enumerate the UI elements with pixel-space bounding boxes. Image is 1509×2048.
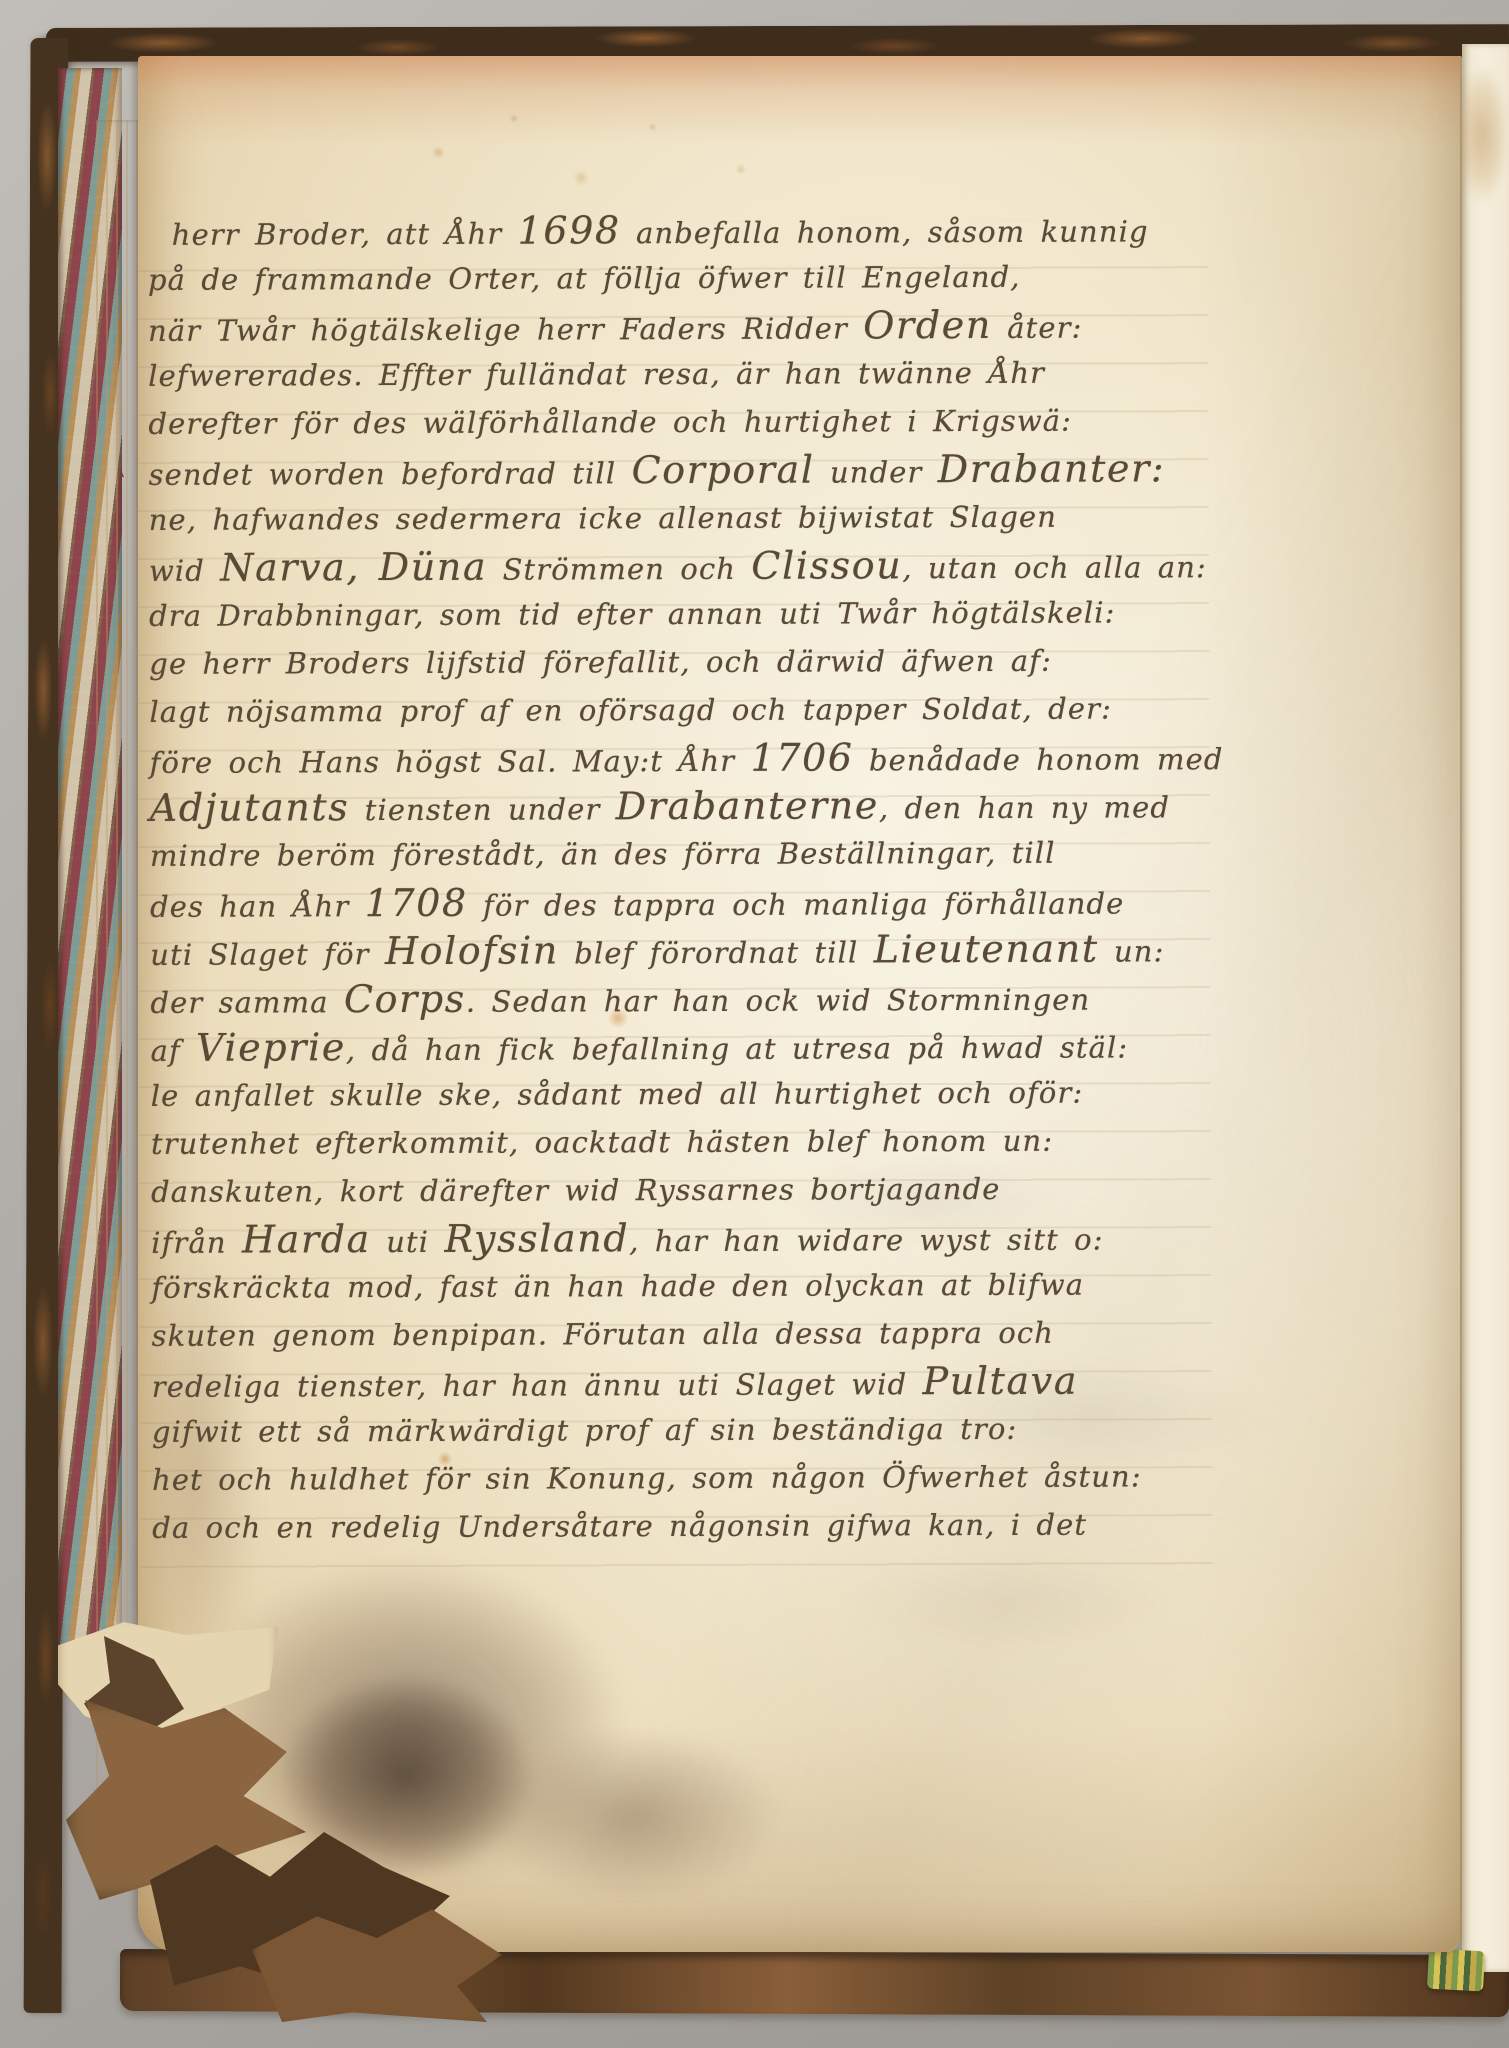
manuscript-line: uti Slaget för Holofsin blef förordnat t… [150,924,1210,976]
handwritten-text: derefter för des wälförhållande och hurt… [148,404,1072,441]
manuscript-line: derefter för des wälförhållande och hurt… [148,396,1208,448]
handwritten-text: åter: [992,311,1083,345]
handwritten-text: skuten genom benpipan. Förutan alla dess… [152,1316,1054,1353]
manuscript-line: het och huldhet för sin Konung, som någo… [152,1452,1212,1504]
handwritten-text: . Sedan har han ock wid Stormningen [466,983,1090,1019]
emphasized-word: Harda [242,1217,371,1261]
mold-stain [468,1722,798,1912]
manuscript-line: lagt nöjsamma prof af en oförsagd och ta… [149,684,1209,736]
handwritten-text: un: [1099,934,1165,968]
scanner-background: { "colors": { "scanner_background": "#ab… [0,0,1509,2048]
emphasized-word: Corporal [631,448,814,493]
emphasized-word: Drabanterne [616,783,879,828]
handwritten-text: trutenhet efterkommit, oacktadt hästen b… [151,1124,1053,1161]
handwritten-text: benådade honom med [854,742,1224,777]
handwritten-text: ifrån [151,1226,242,1260]
handwritten-text: för des tappra och manliga förhållande [468,886,1125,922]
emphasized-word: Pultava [923,1359,1079,1404]
manuscript-line: der samma Corps. Sedan har han ock wid S… [150,972,1210,1024]
manuscript-line: före och Hans högst Sal. May:t Åhr 1706 … [150,732,1210,784]
handwritten-text: lefwererades. Effter fulländat resa, är … [148,356,1045,393]
emphasized-word: Drabanter: [938,446,1166,491]
handwritten-text: , utan och alla an: [902,550,1207,585]
manuscript-line: mindre beröm förestådt, än des förra Bes… [150,828,1210,880]
handwritten-text: der samma [150,985,344,1020]
handwritten-text: lagt nöjsamma prof af en oförsagd och ta… [149,691,1112,728]
emphasized-word: Orden [863,303,992,347]
manuscript-line: wid Narva, Düna Strömmen och Clissou, ut… [149,540,1209,592]
manuscript-line: danskuten, kort därefter wid Ryssarnes b… [151,1164,1211,1216]
emphasized-word: Adjutants [150,785,350,830]
handwritten-text: på de frammande Orter, at föllja öfwer t… [148,260,1021,297]
handwritten-text: under [815,455,938,489]
next-page-edge [1462,44,1509,1972]
handwritten-text: des han Åhr [150,889,365,924]
handwritten-text: förskräckta mod, fast än han hade den ol… [151,1268,1084,1305]
emphasized-word: Corps [344,977,466,1021]
handwritten-text: anbefalla honom, såsom kunnig [621,214,1149,250]
emphasized-word: 1706 [750,735,853,779]
manuscript-line: sendet worden befordrad till Corporal un… [148,444,1208,496]
handwritten-text: da och en redelig Undersåtare någonsin g… [152,1508,1087,1545]
manuscript-line: lefwererades. Effter fulländat resa, är … [148,348,1208,400]
manuscript-line: dra Drabbningar, som tid efter annan uti… [149,588,1209,640]
handwritten-text: uti [371,1225,445,1259]
manuscript-line: trutenhet efterkommit, oacktadt hästen b… [151,1116,1211,1168]
emphasized-word: 1698 [518,208,621,252]
emphasized-word: Narva, Düna [220,545,487,590]
emphasized-word: Ryssland [444,1216,629,1261]
emphasized-word: Clissou [751,543,902,588]
handwritten-text: , då han fick befallning at utresa på hw… [346,1030,1128,1067]
manuscript-text-block: herr Broder, att Åhr 1698 anbefalla hono… [148,204,1213,1552]
manuscript-line: le anfallet skulle ske, sådant med all h… [151,1068,1211,1120]
manuscript-line: da och en redelig Undersåtare någonsin g… [152,1500,1212,1552]
handwritten-text: ne, hafwandes sedermera icke allenast bi… [149,500,1057,537]
emphasized-word: 1708 [365,881,468,925]
handwritten-text: Strömmen och [487,552,751,587]
handwritten-text: danskuten, kort därefter wid Ryssarnes b… [151,1172,1001,1209]
handwritten-text: , har han widare wyst sitt o: [629,1223,1103,1259]
handwritten-text: gifwit ett så märkwärdigt prof af sin be… [152,1412,1018,1449]
handwritten-text: af [151,1034,197,1068]
handwritten-text: le anfallet skulle ske, sådant med all h… [151,1076,1084,1113]
manuscript-line: ge herr Broders lijfstid förefallit, och… [149,636,1209,688]
handwritten-text: uti Slaget för [150,937,385,972]
handwritten-text: före och Hans högst Sal. May:t Åhr [150,744,751,780]
endband-threads [1427,1949,1485,1992]
handwritten-text: herr Broder, att Åhr [172,217,518,252]
stain [1454,60,1509,210]
handwritten-text: sendet worden befordrad till [149,456,632,492]
manuscript-line: Adjutants tiensten under Drabanterne, de… [150,780,1210,832]
handwritten-text: ge herr Broders lijfstid förefallit, och… [149,644,1052,681]
manuscript-line: des han Åhr 1708 för des tappra och manl… [150,876,1210,928]
handwritten-text: wid [149,554,220,588]
manuscript-line: af Vieprie, då han fick befallning at ut… [151,1020,1211,1072]
handwritten-text: blef förordnat till [559,935,874,970]
manuscript-line: när Twår högtälskelige herr Faders Ridde… [148,300,1208,352]
manuscript-line: skuten genom benpipan. Förutan alla dess… [152,1308,1212,1360]
manuscript-line: redeliga tienster, har han ännu uti Slag… [152,1356,1212,1408]
manuscript-line: ne, hafwandes sedermera icke allenast bi… [149,492,1209,544]
handwritten-text: dra Drabbningar, som tid efter annan uti… [149,595,1116,632]
manuscript-line: förskräckta mod, fast än han hade den ol… [151,1260,1211,1312]
handwritten-text: när Twår högtälskelige herr Faders Ridde… [148,311,863,347]
handwritten-text: mindre beröm förestådt, än des förra Bes… [150,836,1056,873]
handwritten-text: het och huldhet för sin Konung, som någo… [152,1459,1142,1496]
emphasized-word: Holofsin [385,928,559,973]
manuscript-line: gifwit ett så märkwärdigt prof af sin be… [152,1404,1212,1456]
manuscript-line: herr Broder, att Åhr 1698 anbefalla hono… [148,204,1208,256]
handwritten-text: , den han ny med [879,790,1170,825]
emphasized-word: Vieprie [196,1025,346,1070]
emphasized-word: Lieutenant [874,927,1099,972]
manuscript-line: på de frammande Orter, at föllja öfwer t… [148,252,1208,304]
handwritten-text: tiensten under [349,792,615,827]
manuscript-line: ifrån Harda uti Ryssland, har han widare… [151,1212,1211,1264]
handwritten-text: redeliga tienster, har han ännu uti Slag… [152,1367,923,1404]
